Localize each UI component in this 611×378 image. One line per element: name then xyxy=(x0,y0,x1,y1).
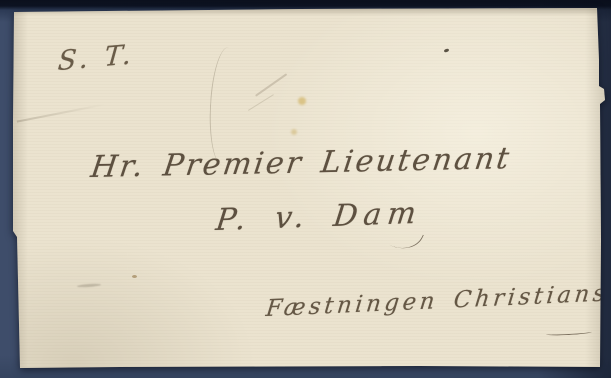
address-destination: Fæstningen Christiansø xyxy=(265,280,611,322)
dark-speck xyxy=(444,48,450,52)
yellow-stain xyxy=(291,129,297,135)
paper-crease xyxy=(17,103,106,122)
letter-shadow: S. T. Hr. Premier Lieutenant P. v. Dam F… xyxy=(0,0,611,378)
address-recipient-title: Hr. Premier Lieutenant xyxy=(89,141,514,185)
folded-letter-cover: S. T. Hr. Premier Lieutenant P. v. Dam F… xyxy=(0,0,611,378)
address-recipient-name: P. v. Dam xyxy=(214,196,424,238)
gray-smudge xyxy=(77,283,101,288)
underline-flourish xyxy=(546,330,592,336)
faint-smudge xyxy=(248,94,274,111)
photo-background: S. T. Hr. Premier Lieutenant P. v. Dam F… xyxy=(0,0,611,378)
brown-speck xyxy=(132,275,137,278)
yellow-stain xyxy=(298,97,306,105)
faint-smudge xyxy=(255,73,287,96)
salutation-initials: S. T. xyxy=(57,39,137,77)
